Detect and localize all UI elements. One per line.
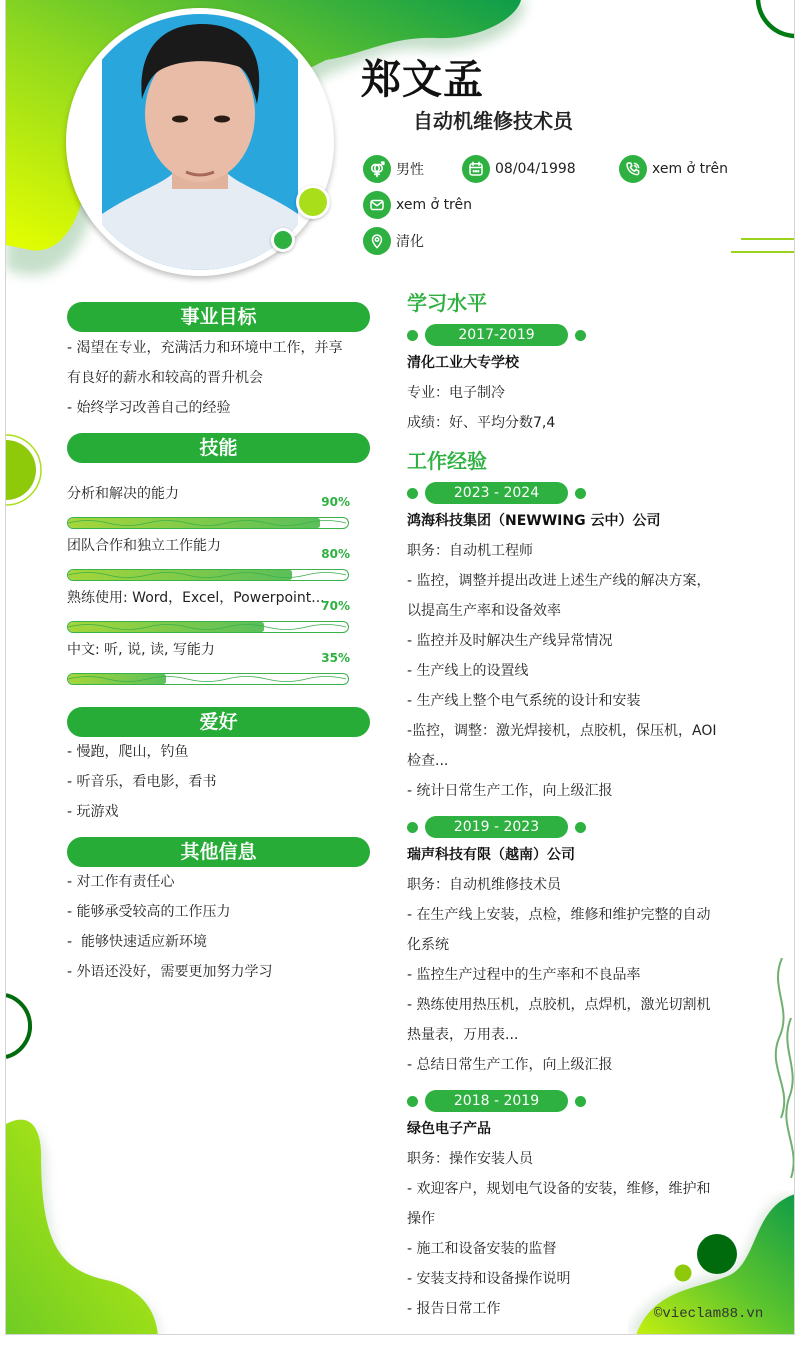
entry-line: 专业：电子制冷 <box>407 378 752 408</box>
right-column: 学习水平 2017-2019 清化工业大专学校 专业：电子制冷 成绩：好、平均分… <box>407 286 752 1324</box>
objective-line: - 始终学习改善自己的经验 <box>67 393 370 423</box>
skill-percent: 35% <box>321 651 350 665</box>
period-badge: 2019 - 2023 <box>425 816 568 838</box>
entry-line: 职务：操作安装人员 <box>407 1144 752 1174</box>
contact-birthday: 08/04/1998 <box>462 155 576 183</box>
half-circle-decoration-left <box>6 430 46 510</box>
hobby-line: - 慢跑，爬山，钓鱼 <box>67 737 370 767</box>
company-name: 瑞声科技有限（越南）公司 <box>407 840 752 870</box>
timeline-dot <box>575 488 586 499</box>
timeline-dot <box>407 330 418 341</box>
skill-item: 团队合作和独立工作能力 80% <box>67 535 370 587</box>
decorative-dot-lime <box>296 185 330 219</box>
contact-gender: 男性 <box>363 155 424 183</box>
period-row: 2019 - 2023 <box>407 814 752 840</box>
contact-email: xem ở trên <box>363 191 472 219</box>
other-info-content: - 对工作有责任心 - 能够承受较高的工作压力 - 能够快速适应新环境 - 外语… <box>67 867 370 987</box>
entry-line: 职务：自动机维修技术员 <box>407 870 752 900</box>
skill-item: 分析和解决的能力 90% <box>67 483 370 535</box>
birthday-value: 08/04/1998 <box>495 161 576 177</box>
job-title: 自动机维修技术员 <box>413 105 573 134</box>
period-row: 2017-2019 <box>407 322 752 348</box>
section-header-objective: 事业目标 <box>67 302 370 332</box>
hobby-line: - 听音乐，看电影，看书 <box>67 767 370 797</box>
company-name: 鸿海科技集团（NEWWING 云中）公司 <box>407 506 752 536</box>
entry-line: - 监控并及时解决生产线异常情况 <box>407 626 752 656</box>
section-title-education: 学习水平 <box>407 286 752 320</box>
skills-list: 分析和解决的能力 90% 团队合作和独立工作能力 80% 熟练使用: Word，… <box>67 483 370 691</box>
skill-name: 中文: 听, 说, 读, 写能力 <box>67 639 215 659</box>
section-title-experience: 工作经验 <box>407 444 752 478</box>
entry-line: 操作 <box>407 1204 752 1234</box>
entry-line: -监控，调整：激光焊接机，点胶机，保压机，AOI <box>407 716 752 746</box>
contact-address: 清化 <box>363 227 424 255</box>
resume-page: 郑文孟 自动机维修技术员 男性 08/04/1998 xem ở trên xe… <box>5 0 795 1335</box>
entry-line: - 欢迎客户，规划电气设备的安装，维修，维护和 <box>407 1174 752 1204</box>
gender-value: 男性 <box>396 159 424 179</box>
ring-decoration-top-right <box>751 0 795 45</box>
experience-entry: 2019 - 2023 瑞声科技有限（越南）公司 职务：自动机维修技术员 - 在… <box>407 814 752 1080</box>
skill-percent: 80% <box>321 547 350 561</box>
objective-content: - 渴望在专业，充满活力和环境中工作，并享 有良好的薪水和较高的晋升机会 - 始… <box>67 333 370 423</box>
skill-name: 熟练使用: Word，Excel，Powerpoint... <box>67 587 325 607</box>
contact-phone: xem ở trên <box>619 155 728 183</box>
entry-line: - 统计日常生产工作，向上级汇报 <box>407 776 752 806</box>
email-value: xem ở trên <box>396 197 472 213</box>
skill-progress-bar <box>67 517 349 529</box>
section-header-other-info: 其他信息 <box>67 837 370 867</box>
entry-line: 以提高生产率和设备效率 <box>407 596 752 626</box>
skill-percent: 70% <box>321 599 350 613</box>
entry-line: - 监控生产过程中的生产率和不良品率 <box>407 960 752 990</box>
bottom-left-blob-decoration <box>6 1110 186 1335</box>
period-row: 2018 - 2019 <box>407 1088 752 1114</box>
section-header-skills: 技能 <box>67 433 370 463</box>
company-name: 绿色电子产品 <box>407 1114 752 1144</box>
other-info-line: - 外语还没好，需要更加努力学习 <box>67 957 370 987</box>
hobbies-content: - 慢跑，爬山，钓鱼 - 听音乐，看电影，看书 - 玩游戏 <box>67 737 370 827</box>
period-badge: 2018 - 2019 <box>425 1090 568 1112</box>
skill-progress-bar <box>67 621 349 633</box>
period-row: 2023 - 2024 <box>407 480 752 506</box>
location-icon <box>363 227 391 255</box>
timeline-dot <box>575 822 586 833</box>
period-badge: 2017-2019 <box>425 324 568 346</box>
entry-line: - 熟练使用热压机，点胶机，点焊机，激光切割机 <box>407 990 752 1020</box>
skill-item: 中文: 听, 说, 读, 写能力 35% <box>67 639 370 691</box>
school-name: 清化工业大专学校 <box>407 348 752 378</box>
section-header-hobbies: 爱好 <box>67 707 370 737</box>
wave-lines-decoration <box>771 958 795 1178</box>
other-info-line: - 能够快速适应新环境 <box>67 927 370 957</box>
decorative-dot-green <box>271 228 295 252</box>
hobby-line: - 玩游戏 <box>67 797 370 827</box>
entry-line: 检查... <box>407 746 752 776</box>
education-entry: 2017-2019 清化工业大专学校 专业：电子制冷 成绩：好、平均分数7,4 <box>407 322 752 438</box>
left-column: 事业目标 - 渴望在专业，充满活力和环境中工作，并享 有良好的薪水和较高的晋升机… <box>67 302 370 987</box>
skill-item: 熟练使用: Word，Excel，Powerpoint... 70% <box>67 587 370 639</box>
skill-name: 分析和解决的能力 <box>67 483 179 503</box>
timeline-dot <box>407 1096 418 1107</box>
timeline-dot <box>407 822 418 833</box>
experience-entry: 2018 - 2019 绿色电子产品 职务：操作安装人员 - 欢迎客户，规划电气… <box>407 1088 752 1324</box>
objective-line: 有良好的薪水和较高的晋升机会 <box>67 363 370 393</box>
timeline-dot <box>407 488 418 499</box>
entry-line: - 生产线上整个电气系统的设计和安装 <box>407 686 752 716</box>
entry-line: - 监控，调整并提出改进上述生产线的解决方案， <box>407 566 752 596</box>
entry-line: 职务：自动机工程师 <box>407 536 752 566</box>
phone-value: xem ở trên <box>652 161 728 177</box>
lines-decoration-right <box>731 236 795 256</box>
skill-percent: 90% <box>321 495 350 509</box>
gender-icon <box>363 155 391 183</box>
experience-entry: 2023 - 2024 鸿海科技集团（NEWWING 云中）公司 职务：自动机工… <box>407 480 752 806</box>
entry-line: - 生产线上的设置线 <box>407 656 752 686</box>
address-value: 清化 <box>396 231 424 251</box>
entry-line: - 安装支持和设备操作说明 <box>407 1264 752 1294</box>
other-info-line: - 对工作有责任心 <box>67 867 370 897</box>
timeline-dot <box>575 330 586 341</box>
skill-progress-bar <box>67 569 349 581</box>
entry-line: 化系统 <box>407 930 752 960</box>
entry-line: - 在生产线上安装，点检，维修和维护完整的自动 <box>407 900 752 930</box>
watermark: ©vieclam88.vn <box>654 1306 763 1322</box>
skill-name: 团队合作和独立工作能力 <box>67 535 221 555</box>
entry-line: 热量表，万用表... <box>407 1020 752 1050</box>
ring-decoration-left <box>6 992 46 1062</box>
email-icon <box>363 191 391 219</box>
entry-line: - 总结日常生产工作，向上级汇报 <box>407 1050 752 1080</box>
entry-line: - 施工和设备安装的监督 <box>407 1234 752 1264</box>
timeline-dot <box>575 1096 586 1107</box>
entry-line: 成绩：好、平均分数7,4 <box>407 408 752 438</box>
candidate-name: 郑文孟 <box>361 48 484 105</box>
other-info-line: - 能够承受较高的工作压力 <box>67 897 370 927</box>
calendar-icon <box>462 155 490 183</box>
period-badge: 2023 - 2024 <box>425 482 568 504</box>
objective-line: - 渴望在专业，充满活力和环境中工作，并享 <box>67 333 370 363</box>
phone-icon <box>619 155 647 183</box>
skill-progress-bar <box>67 673 349 685</box>
